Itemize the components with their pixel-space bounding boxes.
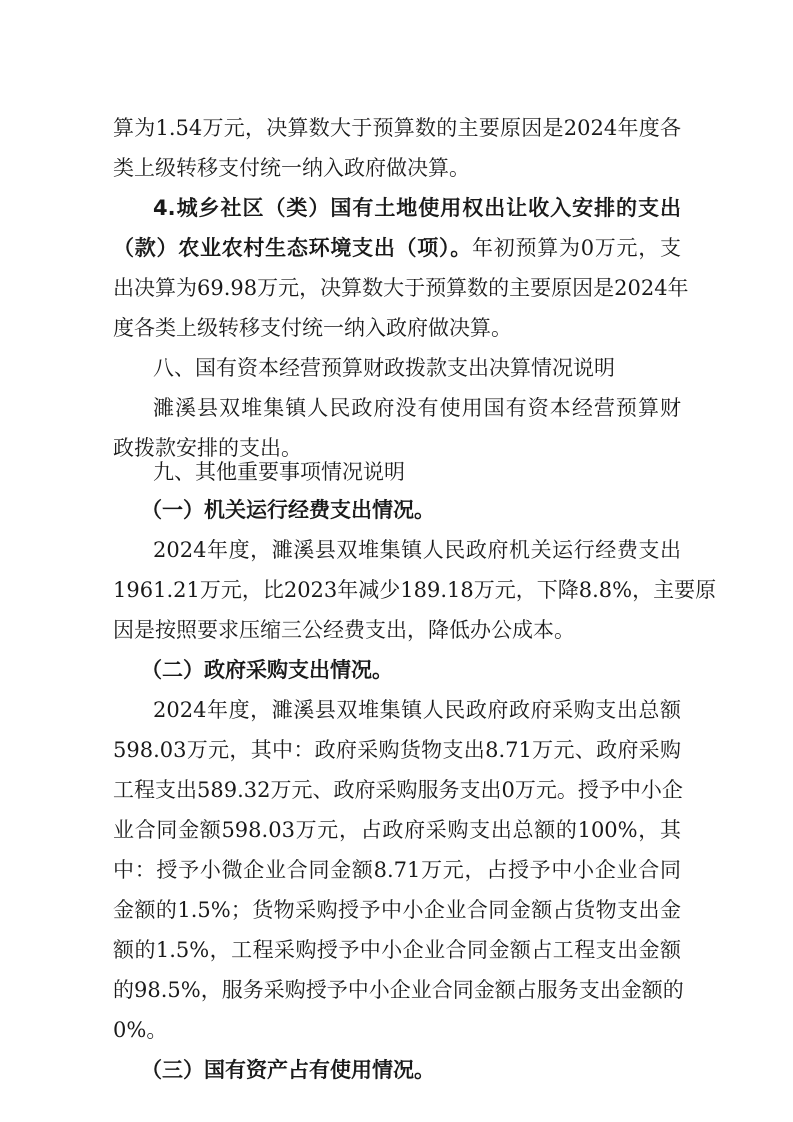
body-line: 度各类上级转移支付统一纳入政府做决算。 [113,308,681,348]
subsection-2-heading: （二）政府采购支出情况。 [141,650,681,690]
body-line: 出决算为69.98万元，决算数大于预算数的主要原因是2024年 [113,268,681,308]
subsection-3-heading: （三）国有资产占有使用情况。 [141,1050,681,1090]
body-line: 濉溪县双堆集镇人民政府没有使用国有资本经营预算财 [153,388,681,428]
body-line: 1961.21万元，比2023年减少189.18万元，下降8.8%，主要原 [113,570,681,610]
body-line: 额的1.5%，工程采购授予中小企业合同金额占工程支出金额 [113,930,681,970]
body-line: 0%。 [113,1010,681,1050]
item4-title-cont: （款）农业农村生态环境支出（项）。 [113,236,472,260]
body-line: 因是按照要求压缩三公经费支出，降低办公成本。 [113,610,681,650]
subsection-1-heading: （一）机关运行经费支出情况。 [141,490,681,530]
body-line: 2024年度，濉溪县双堆集镇人民政府机关运行经费支出 [153,530,681,570]
body-line: 金额的1.5%；货物采购授予中小企业合同金额占货物支出金 [113,890,681,930]
section-9-heading: 九、其他重要事项情况说明 [153,452,681,492]
body-line: 的98.5%，服务采购授予中小企业合同金额占服务支出金额的 [113,970,681,1010]
body-line: 2024年度，濉溪县双堆集镇人民政府政府采购支出总额 [153,690,681,730]
body-line: 算为1.54万元，决算数大于预算数的主要原因是2024年度各 [113,108,681,148]
item4-text: 年初预算为0万元，支 [472,236,681,260]
body-line: 中：授予小微企业合同金额8.71万元，占授予中小企业合同 [113,850,681,890]
section-8-heading: 八、国有资本经营预算财政拨款支出决算情况说明 [153,348,681,388]
body-line: 类上级转移支付统一纳入政府做决算。 [113,148,681,188]
item4-line: （款）农业农村生态环境支出（项）。年初预算为0万元，支 [113,228,681,268]
item4-title: 4.城乡社区（类）国有土地使用权出让收入安排的支出 [153,196,681,220]
body-line: 工程支出589.32万元、政府采购服务支出0万元。授予中小企 [113,770,681,810]
body-line: 业合同金额598.03万元，占政府采购支出总额的100%，其 [113,810,681,850]
item4-heading-line: 4.城乡社区（类）国有土地使用权出让收入安排的支出 [153,188,681,228]
body-line: 598.03万元，其中：政府采购货物支出8.71万元、政府采购 [113,730,681,770]
